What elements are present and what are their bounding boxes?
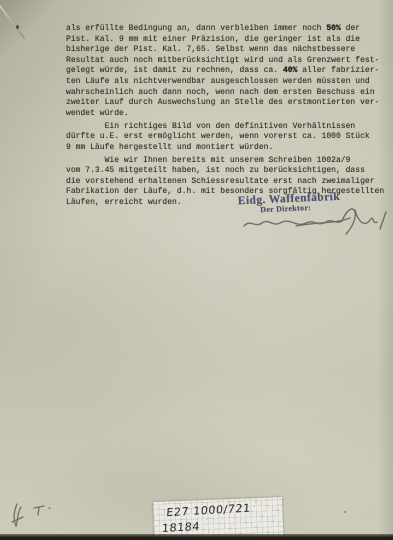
scanned-letter-page: als erfüllte Bedingung an, dann verbleib… (0, 0, 393, 540)
paper-speck (344, 511, 346, 513)
archive-number-secondary: 18184 (162, 521, 201, 534)
paragraph: Ein richtiges Bild von den definitiven V… (66, 122, 390, 154)
letter-body: als erfüllte Bedingung an, dann verbleib… (66, 24, 390, 211)
paragraph: als erfüllte Bedingung an, dann verbleib… (66, 24, 390, 119)
archive-number: E27 1000/721 (166, 502, 251, 518)
pencil-initials (8, 498, 60, 532)
paper-speck (16, 25, 19, 29)
table-edge (0, 534, 393, 540)
signature-handwriting (238, 199, 390, 241)
corner-crease-shadow (0, 0, 64, 56)
